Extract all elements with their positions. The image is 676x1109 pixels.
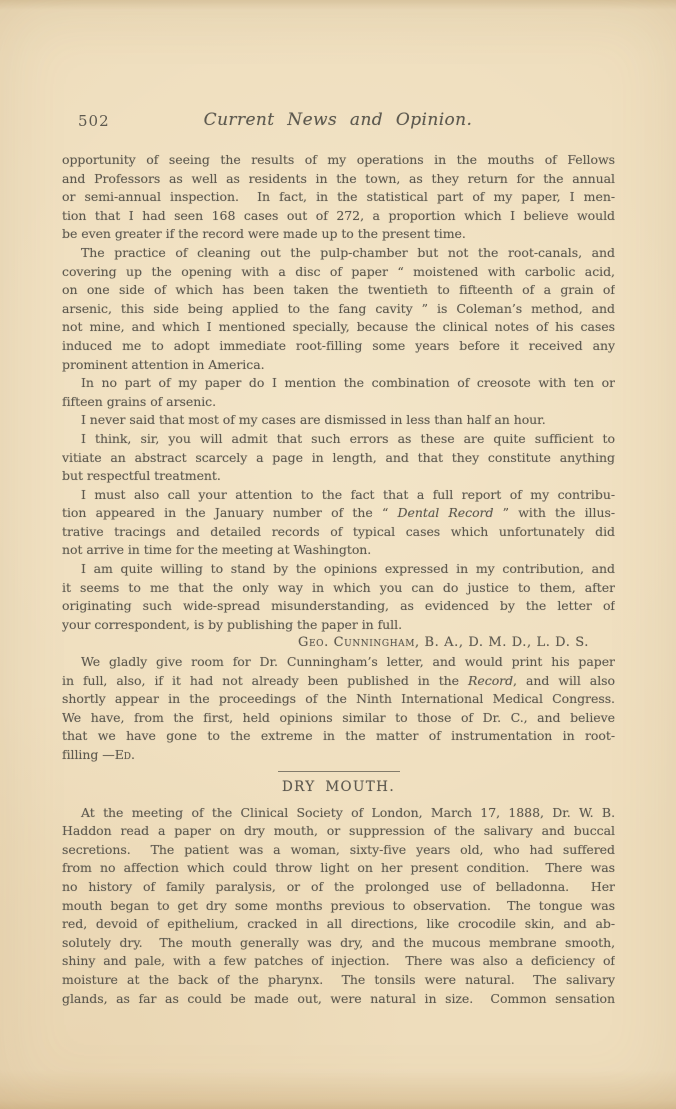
text-line: it seems to me that the only way in whic… [62, 579, 615, 598]
paragraph: In no part of my paper do I mention the … [62, 374, 615, 411]
text-line: in full, also, if it had not already bee… [62, 672, 615, 691]
text-line: shortly appear in the proceedings of the… [62, 690, 615, 709]
page-number: 502 [78, 112, 110, 130]
paragraph: At the meeting of the Clinical Society o… [62, 804, 615, 1009]
text-line: induced me to adopt immediate root-filli… [62, 337, 615, 356]
text-line: red, devoid of epithelium, cracked in al… [62, 915, 615, 934]
page-header: 502 Current News and Opinion. [0, 110, 676, 134]
text-line: not mine, and which I mentioned speciall… [62, 318, 615, 337]
text-line: solutely dry. The mouth generally was dr… [62, 934, 615, 953]
paragraph: We gladly give room for Dr. Cunningham’s… [62, 653, 615, 765]
text-line: shiny and pale, with a few patches of in… [62, 952, 615, 971]
text-line: or semi-annual inspection. In fact, in t… [62, 188, 615, 207]
section-divider [278, 771, 400, 772]
text-line: tion that I had seen 168 cases out of 27… [62, 207, 615, 226]
text-line: We gladly give room for Dr. Cunningham’s… [62, 653, 615, 672]
text-line: be even greater if the record were made … [62, 225, 615, 244]
text-line: opportunity of seeing the results of my … [62, 151, 615, 170]
paragraph: opportunity of seeing the results of my … [62, 151, 615, 244]
paragraph: The practice of cleaning out the pulp-ch… [62, 244, 615, 374]
paragraph: I am quite willing to stand by the opini… [62, 560, 615, 634]
text-line: In no part of my paper do I mention the … [62, 374, 615, 393]
text-line: The practice of cleaning out the pulp-ch… [62, 244, 615, 263]
text-line: vitiate an abstract scarcely a page in l… [62, 449, 615, 468]
page-body: opportunity of seeing the results of my … [62, 151, 615, 1008]
paragraph: I never said that most of my cases are d… [62, 411, 615, 430]
text-line: moisture at the back of the pharynx. The… [62, 971, 615, 990]
text-line: arsenic, this side being applied to the … [62, 300, 615, 319]
section-heading: DRY MOUTH. [62, 778, 615, 797]
text-line: your correspondent, is by publishing the… [62, 616, 615, 635]
text-line: no history of family paralysis, or of th… [62, 878, 615, 897]
text-line: At the meeting of the Clinical Society o… [62, 804, 615, 823]
text-line: filling —Ed. [62, 746, 615, 765]
text-line: glands, as far as could be made out, wer… [62, 990, 615, 1009]
text-line: originating such wide-spread misundersta… [62, 597, 615, 616]
text-line: that we have gone to the extreme in the … [62, 727, 615, 746]
text-line: from no affection which could throw ligh… [62, 859, 615, 878]
text-line: prominent attention in America. [62, 356, 615, 375]
text-line: mouth began to get dry some months previ… [62, 897, 615, 916]
signature-line: Geo. Cunningham, B. A., D. M. D., L. D. … [62, 634, 615, 653]
text-line: not arrive in time for the meeting at Wa… [62, 541, 615, 560]
text-line: I never said that most of my cases are d… [62, 411, 615, 430]
text-line: tion appeared in the January number of t… [62, 504, 615, 523]
page-sheet: 502 Current News and Opinion. opportunit… [0, 0, 676, 1109]
text-line: secretions. The patient was a woman, six… [62, 841, 615, 860]
text-line: I must also call your attention to the f… [62, 486, 615, 505]
text-line: We have, from the first, held opinions s… [62, 709, 615, 728]
paragraph: I must also call your attention to the f… [62, 486, 615, 560]
text-line: covering up the opening with a disc of p… [62, 263, 615, 282]
text-line: and Professors as well as residents in t… [62, 170, 615, 189]
text-line: I am quite willing to stand by the opini… [62, 560, 615, 579]
paragraph: I think, sir, you will admit that such e… [62, 430, 615, 486]
text-line: I think, sir, you will admit that such e… [62, 430, 615, 449]
text-line: on one side of which has been taken the … [62, 281, 615, 300]
text-line: but respectful treatment. [62, 467, 615, 486]
text-line: fifteen grains of arsenic. [62, 393, 615, 412]
text-line: trative tracings and detailed records of… [62, 523, 615, 542]
text-line: Haddon read a paper on dry mouth, or sup… [62, 822, 615, 841]
